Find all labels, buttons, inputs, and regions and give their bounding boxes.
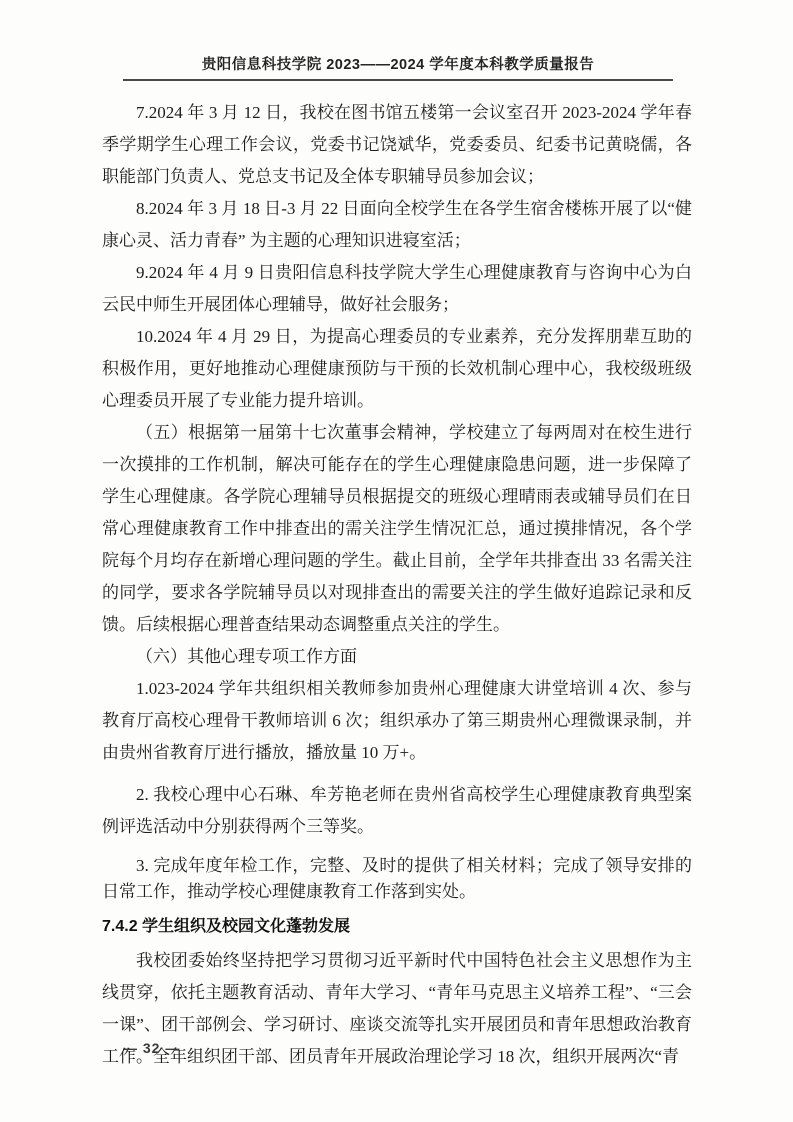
paragraph-item-10: 10.2024 年 4 月 29 日，为提高心理委员的专业素养，充分发挥朋辈互助…: [102, 321, 692, 417]
section-heading-742: 7.4.2 学生组织及校园文化蓬勃发展: [102, 913, 692, 941]
paragraph-item-9: 9.2024 年 4 月 9 日贵阳信息科技学院大学生心理健康教育与咨询中心为白…: [102, 257, 692, 321]
running-header: 贵阳信息科技学院 2023——2024 学年度本科教学质量报告: [123, 53, 673, 81]
paragraph-item-8: 8.2024 年 3 月 18 日-3 月 22 日面向全校学生在各学生宿舍楼栋…: [102, 193, 692, 257]
paragraph-item-3: 3. 完成年度年检工作，完整、及时的提供了相关材料；完成了领导安排的日常工作，推…: [102, 853, 692, 905]
closing-paragraph: 我校团委始终坚持把学习贯彻习近平新时代中国特色社会主义思想作为主线贯穿，依托主题…: [102, 945, 692, 1073]
page-body: 7.2024 年 3 月 12 日，我校在图书馆五楼第一会议室召开 2023-2…: [102, 97, 692, 1073]
document-page: 贵阳信息科技学院 2023——2024 学年度本科教学质量报告 7.2024 年…: [0, 0, 793, 1122]
paragraph-section-6: （六）其他心理专项工作方面: [102, 641, 692, 673]
paragraph-item-7: 7.2024 年 3 月 12 日，我校在图书馆五楼第一会议室召开 2023-2…: [102, 97, 692, 193]
page-number: — 32 —: [123, 1040, 180, 1056]
paragraph-item-2: 2. 我校心理中心石琳、牟芳艳老师在贵州省高校学生心理健康教育典型案例评选活动中…: [102, 779, 692, 843]
paragraph-item-1: 1.023-2024 学年共组织相关教师参加贵州心理健康大讲堂培训 4 次、参与…: [102, 673, 692, 769]
running-header-title: 贵阳信息科技学院 2023——2024 学年度本科教学质量报告: [202, 57, 595, 73]
paragraph-section-5: （五）根据第一届第十七次董事会精神，学校建立了每两周对在校生进行一次摸排的工作机…: [102, 417, 692, 641]
